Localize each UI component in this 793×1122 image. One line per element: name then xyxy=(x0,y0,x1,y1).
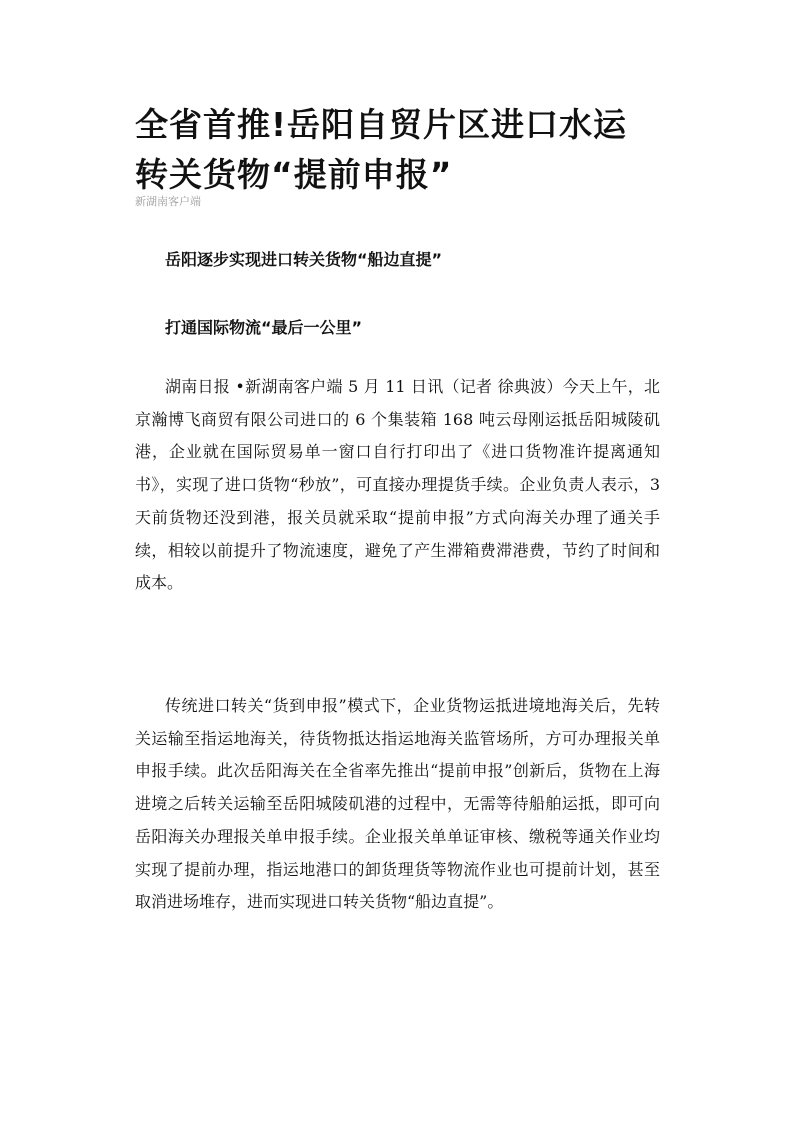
article-subheading-2: 打通国际物流“最后一公里” xyxy=(165,315,362,338)
article-subheading-1: 岳阳逐步实现进口转关货物“船边直提” xyxy=(165,247,442,270)
article-paragraph-1: 湖南日报 •新湖南客户端 5 月 11 日讯（记者 徐典波）今天上午，北京瀚博飞… xyxy=(135,371,660,600)
article-title: 全省首推!岳阳自贸片区进口水运转关货物“提前申报” xyxy=(135,100,660,200)
article-paragraph-2: 传统进口转关“货到申报”模式下，企业货物运抵进境地海关后，先转关运输至指运地海关… xyxy=(135,690,660,919)
article-source: 新湖南客户端 xyxy=(135,193,201,209)
